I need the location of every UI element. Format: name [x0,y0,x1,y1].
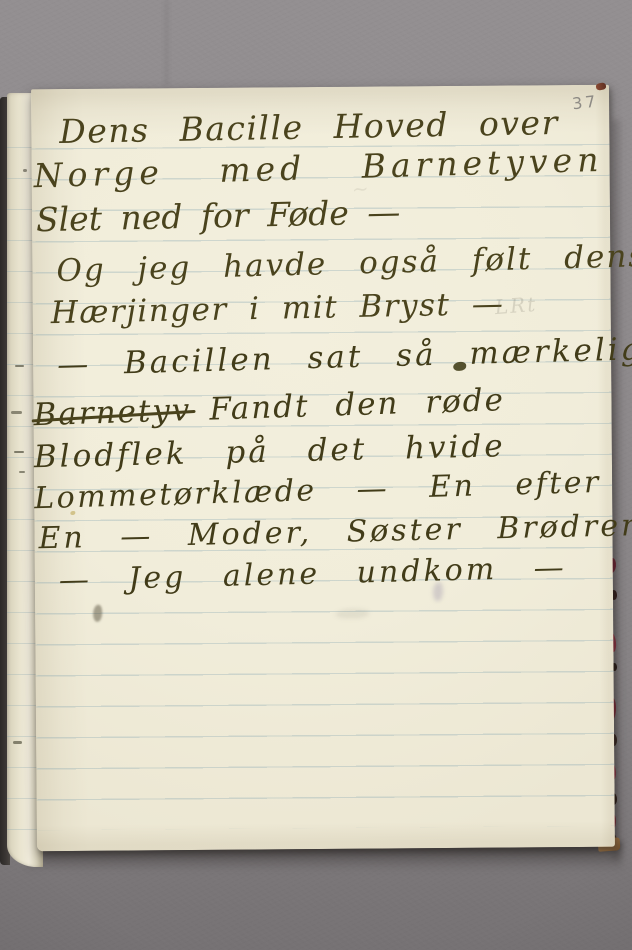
pencil-dot [23,169,27,172]
notebook-page: 37 Dens Bacille Hoved over Norge med Bar… [31,85,615,852]
ink-bleed-mark [19,471,25,473]
page-number: 37 [571,92,599,114]
ink-bleed-mark [15,365,24,367]
felt-fold-shadow [165,0,168,86]
ink-bleed-mark [14,451,24,453]
handwritten-line-3: Slet ned for Føde — [36,195,401,238]
bleed-through-ghost-writing: ~ [351,176,372,201]
bleed-through-ghost-writing: LRt [494,292,538,319]
struck-through-word: Barnetyv [33,394,192,432]
ink-bleed-mark [11,411,22,414]
ink-bleed-mark [13,741,22,744]
